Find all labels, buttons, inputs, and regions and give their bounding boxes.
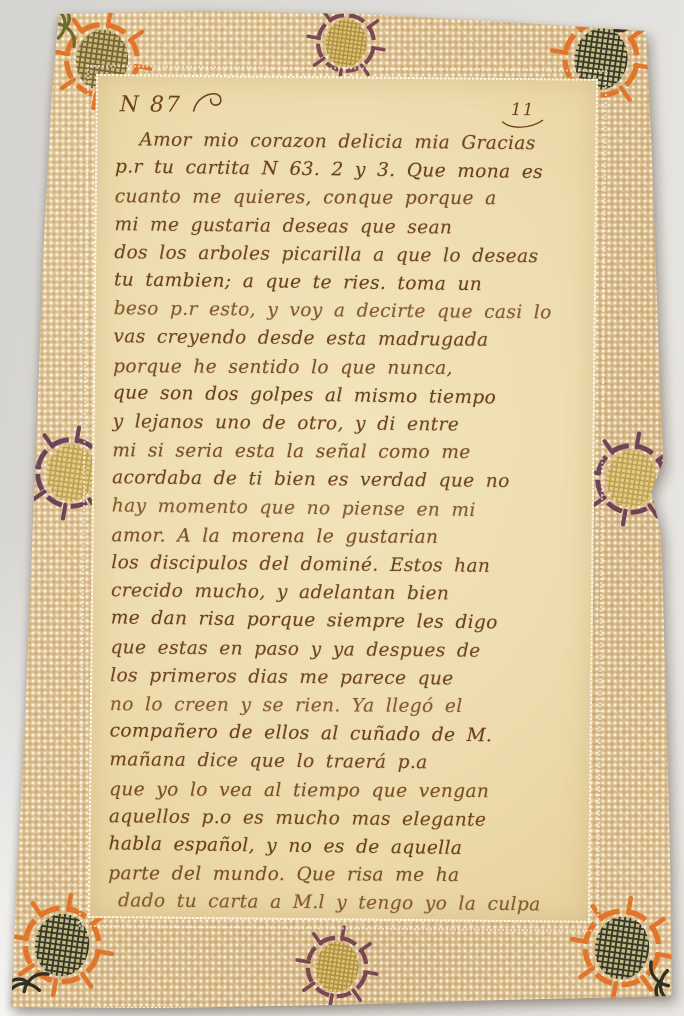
letter-line: mi me gustaria deseas que sean: [114, 211, 582, 244]
letter-line: porque he sentido lo que nunca,: [113, 353, 581, 384]
letter-line: dado tu carta a M.l y tengo yo la culpa: [108, 888, 576, 921]
letter-body: Amor mio corazon delicia mia Graciasp.r …: [108, 126, 584, 920]
lace-paper: N 87 11 Amor mio corazon delicia mia Gra…: [0, 0, 684, 1016]
page-number-text: 11: [511, 100, 535, 120]
letter-number: N 87: [120, 88, 227, 121]
photo-background: N 87 11 Amor mio corazon delicia mia Gra…: [0, 0, 684, 1016]
letter-line: mi si seria esta la señal como me: [112, 437, 580, 468]
writing-area: N 87 11 Amor mio corazon delicia mia Gra…: [88, 74, 598, 923]
embroidery-middle-right: [582, 428, 680, 530]
flourish-icon: [192, 89, 226, 121]
letter-line: que yo lo vea al tiempo que vengan: [109, 776, 577, 807]
letter-line: hay momento que no piense en mi: [112, 492, 580, 526]
letter-line: y lejanos uno de otro, y di entre: [113, 408, 581, 441]
letter-line: los primeros dias me parece que: [110, 662, 578, 695]
letter-line: que son dos golpes al mismo tiempo: [113, 379, 581, 413]
letter-line: amor. A la morena le gustarian: [111, 522, 579, 553]
letter-number-text: N 87: [120, 92, 182, 118]
letter-line: beso p.r esto, y voy a decirte que casi …: [114, 295, 582, 328]
letter-line: parte del mundo. Que risa me ha: [108, 860, 576, 891]
embroidery-bottom-center: [290, 924, 384, 1010]
letter-line: cuanto me quieres, conque porque a: [115, 184, 583, 215]
letter-line: los discipulos del dominé. Estos han: [111, 549, 579, 582]
page-number: 11: [501, 100, 543, 130]
letter-line: vas creyendo desde esta madrugada: [113, 324, 581, 357]
letter-line: mañana dice que lo traerá p.a: [109, 747, 577, 780]
embroidery-top-center: [301, 2, 391, 84]
paper-shadow: N 87 11 Amor mio corazon delicia mia Gra…: [0, 0, 684, 1016]
letter-line: que estas en paso y ya despues de: [110, 634, 578, 667]
